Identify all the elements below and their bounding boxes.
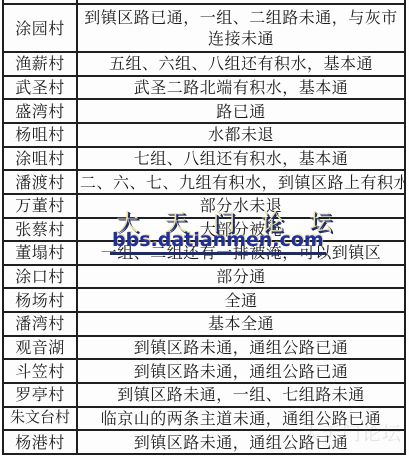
- status-cell: 一组、二组还有一排被淹，可以到镇区: [77, 241, 405, 265]
- status-cell: 基本全通: [77, 312, 405, 336]
- village-name-cell: 武圣村: [3, 76, 77, 100]
- table-row: 涂口村 部分通: [3, 265, 405, 289]
- status-cell: 到镇区路已通，一组、二组路未通，与灰市连接未通: [77, 4, 405, 52]
- village-road-status-table: 涂园村 到镇区路已通，一组、二组路未通，与灰市连接未通 渔薪村 五组、六组、八组…: [2, 0, 406, 455]
- status-cell: 临京山的两条主道未通，通组公路已通: [77, 407, 405, 431]
- status-cell: 到镇区路未通，一组、七组路未通: [77, 383, 405, 407]
- village-name-cell: 罗亭村: [3, 383, 77, 407]
- village-name-cell: 斗笠村: [3, 359, 77, 383]
- village-name-cell: 涂咀村: [3, 147, 77, 171]
- status-cell: 到镇区路未通，通组公路已通: [77, 359, 405, 383]
- status-cell: 部分水未退: [77, 194, 405, 218]
- table-row: 武圣村 武圣二路北端有积水，基本通: [3, 76, 405, 100]
- table-row: 涂咀村 七组、八组还有积水，基本通: [3, 147, 405, 171]
- village-name-cell: 杨咀村: [3, 123, 77, 147]
- village-name-cell: 万董村: [3, 194, 77, 218]
- table-row: 杨咀村 水都未退: [3, 123, 405, 147]
- table-row: 涂园村 到镇区路已通，一组、二组路未通，与灰市连接未通: [3, 4, 405, 52]
- status-cell: 大部分被淹: [77, 218, 405, 242]
- status-cell: 到镇区路未通，通组公路已通: [77, 430, 405, 454]
- village-name-cell: 朱文台村: [3, 407, 77, 431]
- village-name-cell: 观音湖: [3, 336, 77, 360]
- table-row: 潘湾村 基本全通: [3, 312, 405, 336]
- status-cell: 武圣二路北端有积水，基本通: [77, 76, 405, 100]
- village-name-cell: 张蔡村: [3, 218, 77, 242]
- village-name-cell: 潘湾村: [3, 312, 77, 336]
- table-row: 观音湖 到镇区路未通，通组公路已通: [3, 336, 405, 360]
- table-row: 朱文台村 临京山的两条主道未通，通组公路已通: [3, 407, 405, 431]
- village-name-cell: 盛湾村: [3, 99, 77, 123]
- village-name-cell: 渔薪村: [3, 52, 77, 76]
- status-cell: 路已通: [77, 99, 405, 123]
- village-name-cell: 涂园村: [3, 4, 77, 52]
- status-table: 涂园村 到镇区路已通，一组、二组路未通，与灰市连接未通 渔薪村 五组、六组、八组…: [2, 0, 406, 455]
- status-cell: 全通: [77, 288, 405, 312]
- table-row: 渔薪村 五组、六组、八组还有积水，基本通: [3, 52, 405, 76]
- village-name-cell: 董塌村: [3, 241, 77, 265]
- table-row: 潘渡村 二、六、七、九组有积水，到镇区路上有积水: [3, 170, 405, 194]
- table-row: 杨场村 全通: [3, 288, 405, 312]
- status-cell: 到镇区路未通，通组公路已通: [77, 336, 405, 360]
- status-cell: 水都未退: [77, 123, 405, 147]
- village-name-cell: 杨港村: [3, 430, 77, 454]
- status-cell: 七组、八组还有积水，基本通: [77, 147, 405, 171]
- table-row: 罗亭村 到镇区路未通，一组、七组路未通: [3, 383, 405, 407]
- table-row: 董塌村 一组、二组还有一排被淹，可以到镇区: [3, 241, 405, 265]
- table-row: 万董村 部分水未退: [3, 194, 405, 218]
- table-row: 杨港村 到镇区路未通，通组公路已通: [3, 430, 405, 454]
- table-row: 盛湾村 路已通: [3, 99, 405, 123]
- status-cell: 二、六、七、九组有积水，到镇区路上有积水: [77, 170, 405, 194]
- village-name-cell: 涂口村: [3, 265, 77, 289]
- table-row: 斗笠村 到镇区路未通，通组公路已通: [3, 359, 405, 383]
- status-cell: 部分通: [77, 265, 405, 289]
- table-row: 张蔡村 大部分被淹: [3, 218, 405, 242]
- village-name-cell: 杨场村: [3, 288, 77, 312]
- status-cell: 五组、六组、八组还有积水，基本通: [77, 52, 405, 76]
- village-name-cell: 潘渡村: [3, 170, 77, 194]
